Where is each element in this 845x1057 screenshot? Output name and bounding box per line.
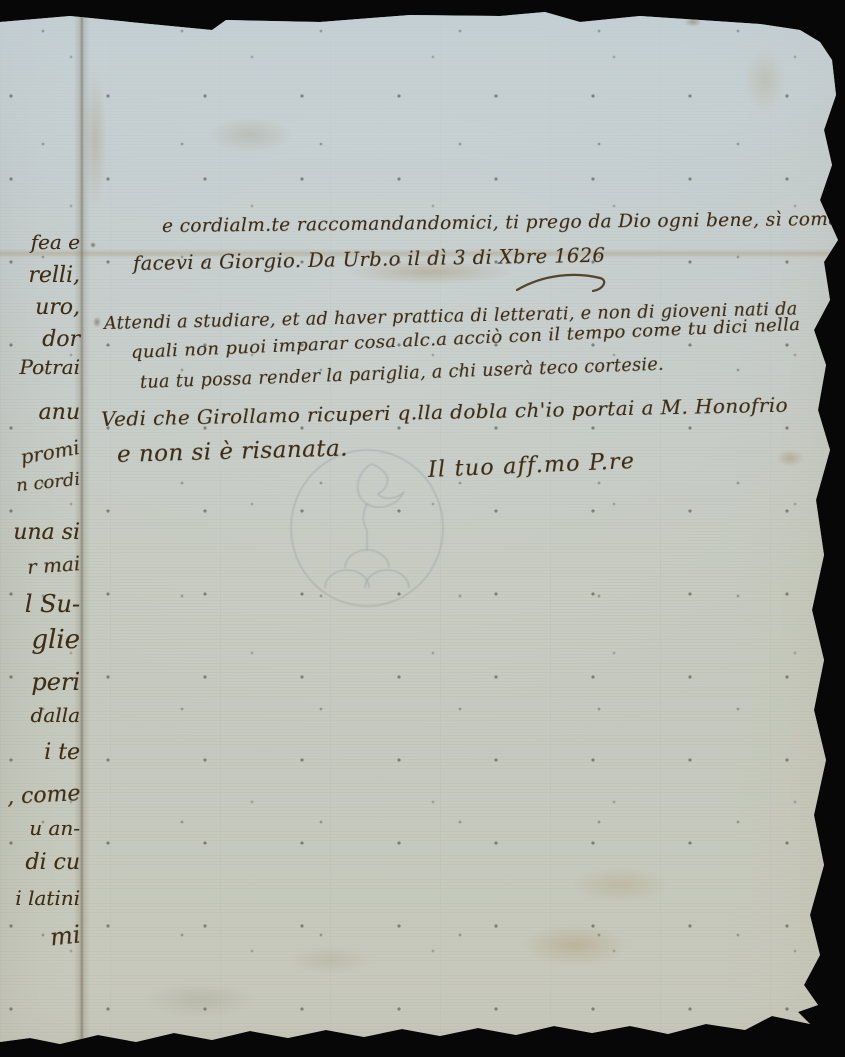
margin-fragment: i te bbox=[44, 740, 80, 765]
margin-fragment: fea e bbox=[31, 230, 80, 254]
margin-fragment: r mai bbox=[26, 551, 81, 579]
margin-fragment: dalla bbox=[31, 703, 80, 727]
letter-page: e cordialm.te raccomandandomici, ti preg… bbox=[0, 0, 845, 1057]
margin-fragment: l Su- bbox=[25, 590, 80, 618]
facing-page-margin: fea e relli, uro, dor Potrai anu promi n… bbox=[0, 210, 82, 970]
margin-fragment: glie bbox=[31, 625, 80, 655]
pen-flourish bbox=[514, 268, 610, 298]
margin-fragment: , come bbox=[6, 781, 81, 810]
margin-fragment: una si bbox=[13, 520, 80, 545]
margin-fragment: u an- bbox=[29, 816, 80, 840]
margin-fragment: uro, bbox=[35, 295, 80, 320]
margin-fragment: Potrai bbox=[19, 355, 80, 379]
margin-fragment: peri bbox=[31, 668, 80, 696]
margin-fragment: anu bbox=[39, 400, 80, 425]
photo-backdrop: e cordialm.te raccomandandomici, ti preg… bbox=[0, 0, 845, 1057]
watermark-bird-icon bbox=[287, 446, 447, 610]
margin-fragment: di cu bbox=[25, 850, 80, 875]
margin-fragment: i latini bbox=[15, 886, 80, 910]
margin-fragment: promi bbox=[19, 435, 82, 469]
margin-fragment: relli, bbox=[28, 263, 80, 288]
margin-fragment: dor bbox=[42, 327, 80, 352]
margin-fragment: n cordi bbox=[15, 469, 81, 497]
margin-fragment: mi bbox=[48, 920, 81, 951]
